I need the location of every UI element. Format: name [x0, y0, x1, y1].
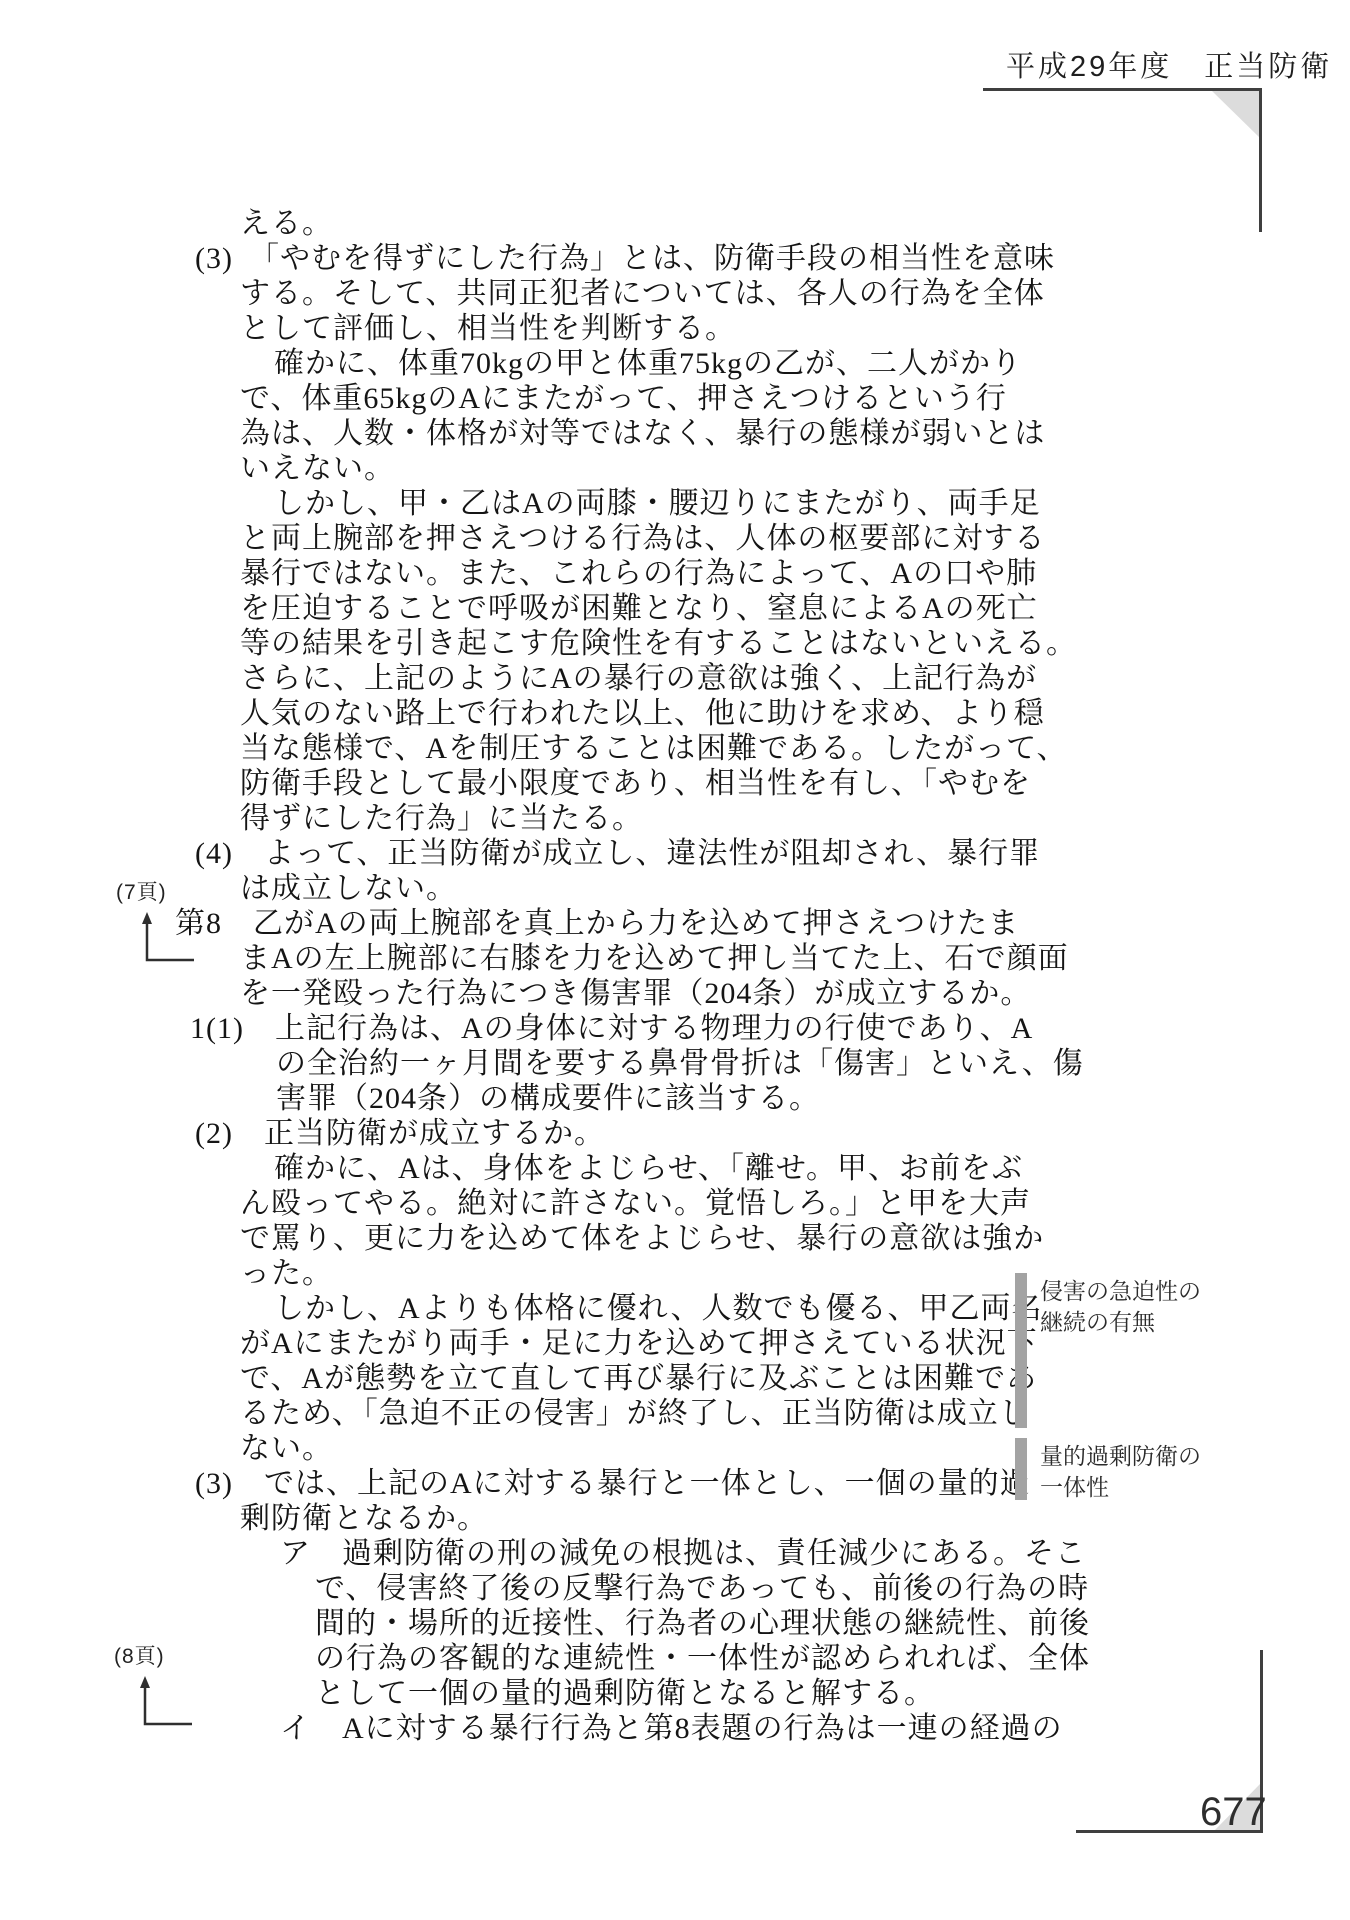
text-line: さらに、上記のようにAの暴行の意欲は強く、上記行為が — [0, 661, 1100, 696]
text-line: (3) 「やむを得ずにした行為」とは、防衛手段の相当性を意味 — [0, 241, 1100, 276]
text-line: の全治約一ヶ月間を要する鼻骨骨折は「傷害」といえ、傷 — [0, 1046, 1100, 1081]
text-line: 間的・場所的近接性、行為者の心理状態の継続性、前後 — [0, 1606, 1100, 1641]
side-note-line: 侵害の急迫性の — [1040, 1276, 1201, 1307]
side-note-bar — [1015, 1273, 1027, 1428]
text-line: を圧迫することで呼吸が困難となり、窒息によるAの死亡 — [0, 591, 1100, 626]
text-line: 人気のない路上で行われた以上、他に助けを求め、より穏 — [0, 696, 1100, 731]
text-line: (4) よって、正当防衛が成立し、違法性が阻却され、暴行罪 — [0, 836, 1100, 871]
margin-marker-label: (7頁) — [116, 876, 200, 906]
book-page: 平成29年度 正当防衛 える。(3) 「やむを得ずにした行為」とは、防衛手段の相… — [0, 0, 1350, 1920]
margin-marker-page7: (7頁) — [116, 876, 200, 966]
text-line: 確かに、Aは、身体をよじらせ、「離せ。甲、お前をぶ — [0, 1151, 1100, 1186]
side-note-line: 量的過剰防衛の — [1040, 1441, 1201, 1472]
text-line: (2) 正当防衛が成立するか。 — [0, 1116, 1100, 1151]
text-line: 暴行ではない。また、これらの行為によって、Aの口や肺 — [0, 556, 1100, 591]
text-line: しかし、甲・乙はAの両膝・腰辺りにまたがり、両手足 — [0, 486, 1100, 521]
text-line: ん殴ってやる。絶対に許さない。覚悟しろ。」と甲を大声 — [0, 1186, 1100, 1221]
side-note-bar — [1015, 1438, 1027, 1500]
up-arrow-icon — [136, 910, 200, 966]
margin-marker-page8: (8頁) — [114, 1640, 198, 1730]
top-corner-triangle — [1212, 91, 1260, 138]
text-line: 確かに、体重70kgの甲と体重75kgの乙が、二人がかり — [0, 346, 1100, 381]
top-vertical-rule — [1259, 88, 1262, 232]
text-line: しかし、Aよりも体格に優れ、人数でも優る、甲乙両名 — [0, 1291, 1100, 1326]
text-line: 害罪（204条）の構成要件に該当する。 — [0, 1081, 1100, 1116]
main-text: える。(3) 「やむを得ずにした行為」とは、防衛手段の相当性を意味する。そして、… — [0, 206, 1100, 1746]
text-line: える。 — [0, 206, 1100, 241]
page-number: 677 — [1200, 1790, 1260, 1835]
text-line: ア 過剰防衛の刑の減免の根拠は、責任減少にある。そこ — [0, 1536, 1100, 1571]
text-line: 1(1) 上記行為は、Aの身体に対する物理力の行使であり、A — [0, 1011, 1100, 1046]
text-line: で罵り、更に力を込めて体をよじらせ、暴行の意欲は強か — [0, 1221, 1100, 1256]
text-line: として評価し、相当性を判断する。 — [0, 311, 1100, 346]
text-line: する。そして、共同正犯者については、各人の行為を全体 — [0, 276, 1100, 311]
page-header-title: 平成29年度 正当防衛 — [1006, 44, 1332, 85]
text-line: で、体重65kgのAにまたがって、押さえつけるという行 — [0, 381, 1100, 416]
top-horizontal-rule — [983, 88, 1262, 91]
text-line: った。 — [0, 1256, 1100, 1291]
side-note-line: 一体性 — [1040, 1472, 1201, 1503]
side-note: 量的過剰防衛の 一体性 — [1040, 1441, 1201, 1503]
text-line: を一発殴った行為につき傷害罪（204条）が成立するか。 — [0, 976, 1100, 1011]
margin-marker-label: (8頁) — [114, 1640, 198, 1670]
text-line: いえない。 — [0, 451, 1100, 486]
text-line: 為は、人数・体格が対等ではなく、暴行の態様が弱いとは — [0, 416, 1100, 451]
text-line: るため、「急迫不正の侵害」が終了し、正当防衛は成立し — [0, 1396, 1100, 1431]
up-arrow-icon — [134, 1674, 198, 1730]
side-note-line: 継続の有無 — [1040, 1307, 1201, 1338]
text-line: と両上腕部を押さえつける行為は、人体の枢要部に対する — [0, 521, 1100, 556]
text-line: 防衛手段として最小限度であり、相当性を有し、「やむを — [0, 766, 1100, 801]
text-line: (3) では、上記のAに対する暴行と一体とし、一個の量的過 — [0, 1466, 1100, 1501]
text-line: 当な態様で、Aを制圧することは困難である。したがって、 — [0, 731, 1100, 766]
text-line: 剰防衛となるか。 — [0, 1501, 1100, 1536]
text-line: ない。 — [0, 1431, 1100, 1466]
text-line: 得ずにした行為」に当たる。 — [0, 801, 1100, 836]
text-line: で、侵害終了後の反撃行為であっても、前後の行為の時 — [0, 1571, 1100, 1606]
text-line: で、Aが態勢を立て直して再び暴行に及ぶことは困難であ — [0, 1361, 1100, 1396]
side-note: 侵害の急迫性の 継続の有無 — [1040, 1276, 1201, 1338]
text-line: 等の結果を引き起こす危険性を有することはないといえる。 — [0, 626, 1100, 661]
text-line: がAにまたがり両手・足に力を込めて押さえている状況下 — [0, 1326, 1100, 1361]
